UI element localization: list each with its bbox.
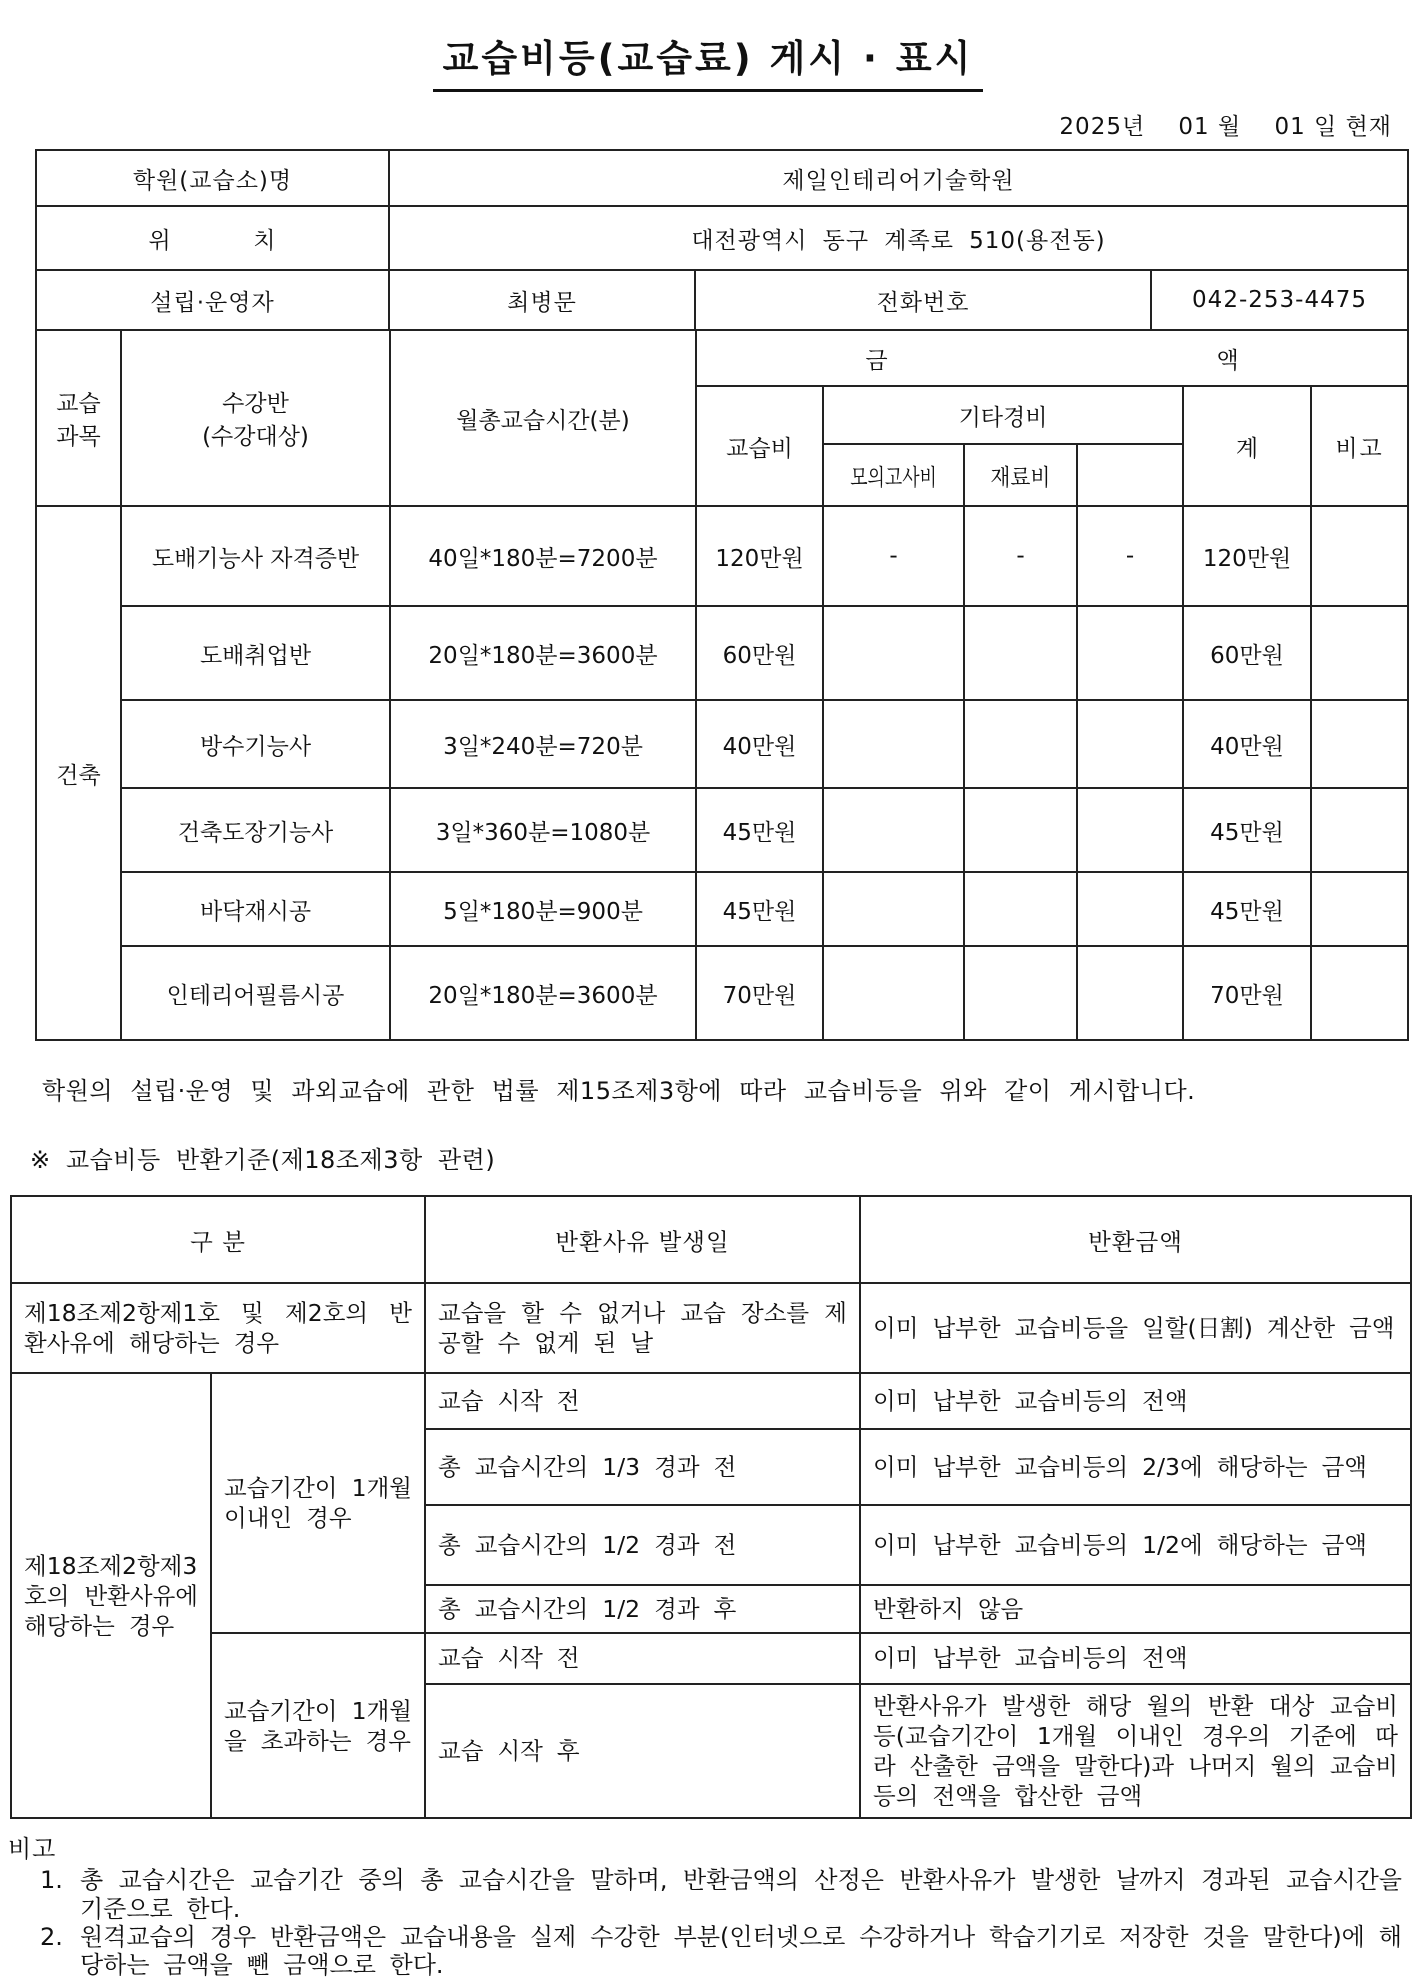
etc-cell (1077, 788, 1183, 872)
material-cell (964, 700, 1077, 788)
founder-value: 최병문 (389, 270, 695, 330)
time-cell: 3일*360분=1080분 (390, 788, 696, 872)
total-cell: 45만원 (1183, 788, 1311, 872)
class-name: 도배기능사 자격증반 (121, 506, 390, 606)
table-row: 교습기간이 1개월을 초과하는 경우 교습 시작 전 이미 납부한 교습비등의 … (11, 1633, 1411, 1684)
header-class: 수강반 (수강대상) (121, 330, 390, 506)
header-amount-left: 금 (865, 342, 887, 375)
refund-amount-cell: 이미 납부한 교습비등의 2/3에 해당하는 금액 (860, 1429, 1411, 1505)
note-cell (1311, 506, 1408, 606)
refund-within-month-label: 교습기간이 1개월 이내인 경우 (211, 1373, 425, 1633)
page-title: 교습비등(교습료) 게시 · 표시 (433, 28, 984, 92)
material-cell: - (964, 506, 1077, 606)
header-subject-line1: 교습 (41, 385, 116, 418)
mock-cell (823, 606, 964, 700)
header-note: 비고 (1311, 386, 1408, 506)
location-label-right: 치 (253, 222, 276, 255)
refund-amount-cell: 반환하지 않음 (860, 1585, 1411, 1633)
refund-date-cell: 교습 시작 전 (425, 1633, 860, 1684)
refund-over-month-label: 교습기간이 1개월을 초과하는 경우 (211, 1633, 425, 1818)
fee-row: 인테리어필름시공 20일*180분=3600분 70만원 70만원 (36, 946, 1408, 1040)
table-row: 위 치 대전광역시 동구 계족로 510(용전동) (36, 206, 1408, 270)
class-name: 바닥재시공 (121, 872, 390, 946)
header-subject-line2: 과목 (41, 418, 116, 451)
refund-date-cell: 총 교습시간의 1/2 경과 전 (425, 1505, 860, 1585)
legal-notice: 학원의 설립·운영 및 과외교습에 관한 법률 제15조제3항에 따라 교습비등… (42, 1071, 1396, 1106)
note-cell (1311, 946, 1408, 1040)
refund-case2-category: 제18조제2항제3호의 반환사유에 해당하는 경우 (11, 1373, 211, 1818)
class-name: 인테리어필름시공 (121, 946, 390, 1040)
header-class-line2: (수강대상) (126, 418, 385, 451)
fee-row: 건축도장기능사 3일*360분=1080분 45만원 45만원 (36, 788, 1408, 872)
fee-row: 도배취업반 20일*180분=3600분 60만원 60만원 (36, 606, 1408, 700)
location-value: 대전광역시 동구 계족로 510(용전동) (389, 206, 1408, 270)
note-cell (1311, 788, 1408, 872)
remark-number: 1. (40, 1866, 80, 1923)
time-cell: 20일*180분=3600분 (390, 606, 696, 700)
header-tuition: 교습비 (696, 386, 823, 506)
table-row: 설립·운영자 최병문 전화번호 042-253-4475 (36, 270, 1408, 330)
table-row: 제18조제2항제3호의 반환사유에 해당하는 경우 교습기간이 1개월 이내인 … (11, 1373, 1411, 1429)
refund-header-category: 구 분 (11, 1196, 425, 1283)
document-page: 교습비등(교습료) 게시 · 표시 2025년 01 월 01 일 현재 학원(… (0, 0, 1416, 1977)
fee-row: 건축 도배기능사 자격증반 40일*180분=7200분 120만원 - - -… (36, 506, 1408, 606)
total-cell: 60만원 (1183, 606, 1311, 700)
tuition-cell: 70만원 (696, 946, 823, 1040)
note-cell (1311, 872, 1408, 946)
remark-item: 1. 총 교습시간은 교습기간 중의 총 교습시간을 말하며, 반환금액의 산정… (40, 1866, 1416, 1923)
academy-name-label: 학원(교습소)명 (36, 150, 389, 206)
tuition-cell: 45만원 (696, 872, 823, 946)
header-material-fee: 재료비 (964, 444, 1077, 506)
refund-date-cell: 교습 시작 후 (425, 1684, 860, 1818)
remark-item: 2. 원격교습의 경우 반환금액은 교습내용을 실제 수강한 부분(인터넷으로 … (40, 1923, 1416, 1977)
material-cell (964, 606, 1077, 700)
header-other-expenses: 기타경비 (823, 386, 1183, 444)
refund-header-date: 반환사유 발생일 (425, 1196, 860, 1283)
time-cell: 5일*180분=900분 (390, 872, 696, 946)
phone-label: 전화번호 (695, 270, 1151, 330)
etc-cell (1077, 946, 1183, 1040)
table-row: 학원(교습소)명 제일인테리어기술학원 (36, 150, 1408, 206)
etc-cell (1077, 700, 1183, 788)
tuition-cell: 60만원 (696, 606, 823, 700)
header-etc (1077, 444, 1183, 506)
class-name: 도배취업반 (121, 606, 390, 700)
note-cell (1311, 606, 1408, 700)
refund-date-cell: 교습 시작 전 (425, 1373, 860, 1429)
total-cell: 40만원 (1183, 700, 1311, 788)
tuition-cell: 40만원 (696, 700, 823, 788)
refund-criteria-table: 구 분 반환사유 발생일 반환금액 제18조제2항제1호 및 제2호의 반환사유… (10, 1195, 1412, 1819)
refund-amount-cell: 이미 납부한 교습비등의 1/2에 해당하는 금액 (860, 1505, 1411, 1585)
remarks-label: 비고 (8, 1829, 1416, 1864)
refund-date-cell: 총 교습시간의 1/3 경과 전 (425, 1429, 860, 1505)
total-cell: 70만원 (1183, 946, 1311, 1040)
total-cell: 120만원 (1183, 506, 1311, 606)
header-amount-right: 액 (1216, 342, 1238, 375)
header-amount: 금 액 (696, 330, 1408, 386)
table-row: 제18조제2항제1호 및 제2호의 반환사유에 해당하는 경우 교습을 할 수 … (11, 1283, 1411, 1373)
refund-header-amount: 반환금액 (860, 1196, 1411, 1283)
etc-cell (1077, 606, 1183, 700)
tuition-cell: 45만원 (696, 788, 823, 872)
class-name: 방수기능사 (121, 700, 390, 788)
refund-case1-amount: 이미 납부한 교습비등을 일할(日割) 계산한 금액 (860, 1283, 1411, 1373)
time-cell: 40일*180분=7200분 (390, 506, 696, 606)
header-class-line1: 수강반 (126, 385, 385, 418)
academy-name-value: 제일인테리어기술학원 (389, 150, 1408, 206)
refund-criteria-heading: ※ 교습비등 반환기준(제18조제3항 관련) (30, 1140, 1396, 1175)
refund-date-cell: 총 교습시간의 1/2 경과 후 (425, 1585, 860, 1633)
mock-cell (823, 788, 964, 872)
etc-cell: - (1077, 506, 1183, 606)
academy-info-table: 학원(교습소)명 제일인테리어기술학원 위 치 대전광역시 동구 계족로 510… (35, 149, 1409, 331)
material-cell (964, 946, 1077, 1040)
mock-cell: - (823, 506, 964, 606)
remark-number: 2. (40, 1923, 80, 1977)
refund-case1-category: 제18조제2항제1호 및 제2호의 반환사유에 해당하는 경우 (11, 1283, 425, 1373)
class-name: 건축도장기능사 (121, 788, 390, 872)
mock-cell (823, 872, 964, 946)
table-row: 구 분 반환사유 발생일 반환금액 (11, 1196, 1411, 1283)
table-row: 교습 과목 수강반 (수강대상) 월총교습시간(분) 금 액 (36, 330, 1408, 386)
header-monthly-time: 월총교습시간(분) (390, 330, 696, 506)
as-of-date: 2025년 01 월 01 일 현재 (0, 108, 1392, 141)
note-cell (1311, 700, 1408, 788)
refund-amount-cell: 반환사유가 발생한 해당 월의 반환 대상 교습비등(교습기간이 1개월 이내인… (860, 1684, 1411, 1818)
refund-amount-cell: 이미 납부한 교습비등의 전액 (860, 1373, 1411, 1429)
location-label-left: 위 (149, 222, 172, 255)
tuition-cell: 120만원 (696, 506, 823, 606)
refund-amount-cell: 이미 납부한 교습비등의 전액 (860, 1633, 1411, 1684)
time-cell: 20일*180분=3600분 (390, 946, 696, 1040)
fee-row: 바닥재시공 5일*180분=900분 45만원 45만원 (36, 872, 1408, 946)
header-total: 계 (1183, 386, 1311, 506)
mock-cell (823, 700, 964, 788)
remark-text: 총 교습시간은 교습기간 중의 총 교습시간을 말하며, 반환금액의 산정은 반… (80, 1866, 1402, 1923)
time-cell: 3일*240분=720분 (390, 700, 696, 788)
total-cell: 45만원 (1183, 872, 1311, 946)
refund-case1-date: 교습을 할 수 없거나 교습 장소를 제공할 수 없게 된 날 (425, 1283, 860, 1373)
remark-text: 원격교습의 경우 반환금액은 교습내용을 실제 수강한 부분(인터넷으로 수강하… (80, 1923, 1402, 1977)
tuition-fee-table: 교습 과목 수강반 (수강대상) 월총교습시간(분) 금 액 교습비 기타경비 (35, 329, 1409, 1041)
material-cell (964, 872, 1077, 946)
founder-label: 설립·운영자 (36, 270, 389, 330)
header-subject: 교습 과목 (36, 330, 121, 506)
category-cell: 건축 (36, 506, 121, 1040)
remarks-section: 비고 1. 총 교습시간은 교습기간 중의 총 교습시간을 말하며, 반환금액의… (8, 1829, 1416, 1977)
location-label: 위 치 (36, 206, 389, 270)
etc-cell (1077, 872, 1183, 946)
material-cell (964, 788, 1077, 872)
phone-value: 042-253-4475 (1151, 270, 1408, 330)
fee-row: 방수기능사 3일*240분=720분 40만원 40만원 (36, 700, 1408, 788)
title-wrap: 교습비등(교습료) 게시 · 표시 (0, 0, 1416, 92)
mock-cell (823, 946, 964, 1040)
header-mock-exam-fee: 모의고사비 (823, 444, 964, 506)
